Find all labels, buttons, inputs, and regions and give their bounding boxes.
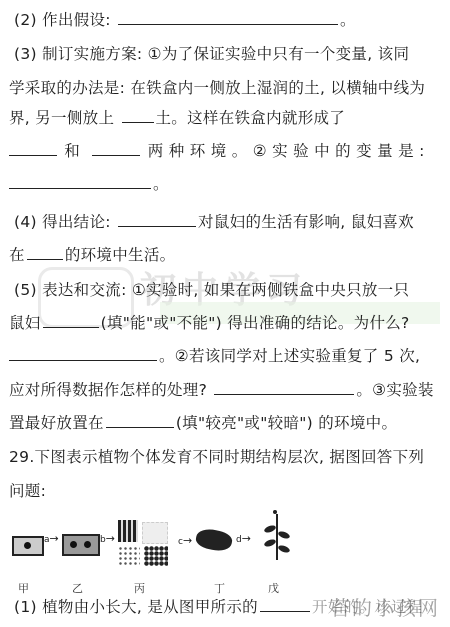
text: (2) 作出假设: [14, 11, 111, 29]
nucleus-icon [84, 541, 91, 548]
text: 。 [153, 175, 169, 193]
tissue-icon [144, 546, 168, 566]
text: (1) 植物由小长大, 是从图甲所示的 [14, 598, 258, 616]
text: 两种环境。②实验中的变量是: [148, 142, 430, 160]
label-yi: 乙 [72, 580, 83, 596]
answer-blank[interactable] [92, 141, 140, 156]
text: 置最好放置在 [9, 414, 104, 432]
answer-blank[interactable] [106, 413, 174, 428]
question-3-line3: 界, 另一侧放上 土。这样在铁盒内就形成了 [9, 108, 442, 128]
answer-blank[interactable] [9, 174, 151, 189]
question-5-line5: 置最好放置在(填"较亮"或"较暗") 的环境中。 [9, 413, 442, 433]
text: 。③实验装 [356, 381, 433, 399]
text: (填"较亮"或"较暗") 的环境中。 [176, 414, 397, 432]
text: 的环境中生活。 [65, 246, 176, 264]
text: 界, 另一侧放上 [9, 109, 114, 127]
text: 和 [64, 142, 85, 160]
answer-blank[interactable] [260, 597, 310, 612]
question-4-line1: (4) 得出结论: 对鼠妇的生活有影响, 鼠妇喜欢 [14, 212, 442, 232]
label-wu: 戊 [268, 580, 279, 596]
dividing-cell-icon [62, 534, 100, 556]
question-3-line1: (3) 制订实施方案: ①为了保证实验中只有一个变量, 该同 [14, 44, 442, 64]
label-bing: 丙 [134, 580, 145, 596]
answer-blank[interactable] [118, 212, 196, 227]
label-ding: 丁 [214, 580, 225, 596]
answer-blank[interactable] [122, 108, 154, 123]
question-3-line4: 和 两种环境。②实验中的变量是: [9, 141, 442, 161]
question-29-line1: 29.下图表示植物个体发育不同时期结构层次, 据图回答下列 [9, 447, 442, 467]
question-5-line3: 。②若该同学对上述实验重复了 5 次, [9, 346, 442, 366]
nucleus-icon [70, 541, 77, 548]
question-5-line2: 鼠妇(填"能"或"不能") 得出准确的结论。为什么? [9, 313, 442, 333]
question-3-line5: 。 [9, 174, 442, 194]
arrow-d: d→ [236, 532, 251, 545]
tissue-icon [142, 522, 168, 544]
label-jia: 甲 [18, 580, 29, 596]
question-3-line2: 学采取的办法是: 在铁盒内一侧放上湿润的土, 以横轴中线为 [9, 78, 442, 98]
text: 。②若该同学对上述实验重复了 5 次, [159, 347, 420, 365]
watermark-bottom-right: 苔的小孩网 [330, 592, 440, 621]
text: 鼠妇 [9, 314, 41, 332]
tissue-icon [118, 546, 140, 566]
arrow-a: a→ [44, 532, 59, 545]
text: 对鼠妇的生活有影响, 鼠妇喜欢 [198, 213, 414, 231]
answer-blank[interactable] [27, 245, 63, 260]
text: (4) 得出结论: [14, 213, 111, 231]
text: (填"能"或"不能") 得出准确的结论。为什么? [101, 314, 410, 332]
question-4-line2: 在的环境中生活。 [9, 245, 442, 265]
answer-blank[interactable] [214, 380, 354, 395]
question-2: (2) 作出假设: 。 [14, 10, 442, 30]
question-5-line4: 应对所得数据作怎样的处理? 。③实验装 [9, 380, 442, 400]
answer-blank[interactable] [43, 313, 99, 328]
text: 应对所得数据作怎样的处理? [9, 381, 207, 399]
cell-icon [12, 536, 44, 556]
tissue-icon [118, 520, 138, 542]
organ-icon [194, 526, 233, 553]
arrow-b: b→ [100, 532, 115, 545]
answer-blank[interactable] [118, 10, 338, 25]
answer-blank[interactable] [9, 346, 157, 361]
answer-blank[interactable] [9, 141, 57, 156]
plant-icon [262, 510, 292, 562]
question-29-line2: 问题: [9, 481, 442, 501]
text: 。 [340, 11, 356, 29]
arrow-c: c→ [178, 534, 192, 547]
question-5-line1: (5) 表达和交流: ①实验时, 如果在两侧铁盒中央只放一只 [14, 280, 442, 300]
text: 土。这样在铁盒内就形成了 [156, 109, 346, 127]
nucleus-icon [24, 542, 31, 549]
text: 在 [9, 246, 25, 264]
plant-development-figure: a→ b→ c→ d→ 甲 乙 丙 丁 戊 [10, 520, 310, 590]
